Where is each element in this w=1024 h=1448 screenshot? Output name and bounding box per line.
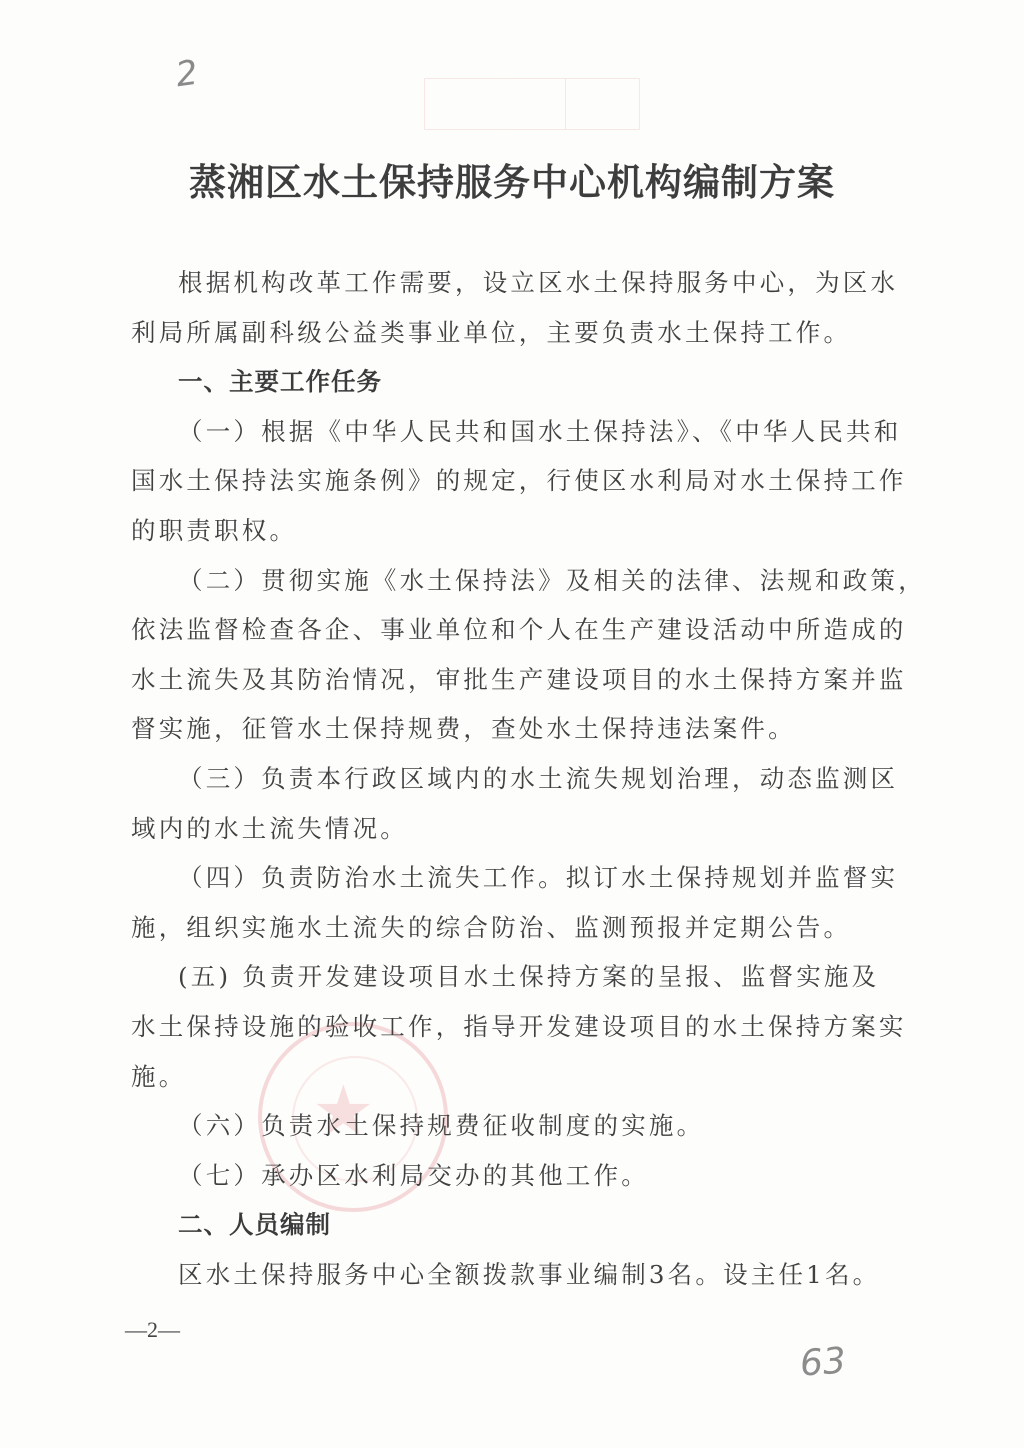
paragraph-line: 利局所属副科级公益类事业单位，主要负责水土保持工作。 — [131, 308, 893, 358]
paragraph-line: （三）负责本行政区域内的水土流失规划治理，动态监测区 — [131, 754, 893, 804]
paragraph-line: 水土保持设施的验收工作，指导开发建设项目的水土保持方案实 — [131, 1002, 893, 1052]
handwritten-archive-number: 63 — [799, 1340, 848, 1384]
page-number: —2— — [125, 1317, 180, 1343]
paragraph-line: 根据机构改革工作需要，设立区水土保持服务中心，为区水 — [131, 258, 893, 308]
paragraph-line: 施，组织实施水土流失的综合防治、监测预报并定期公告。 — [131, 903, 893, 953]
paragraph-line: (五) 负责开发建设项目水土保持方案的呈报、监督实施及 — [131, 952, 893, 1002]
section-heading: 一、主要工作任务 — [131, 357, 893, 407]
paragraph-line: 国水土保持法实施条例》的规定，行使区水利局对水土保持工作 — [131, 456, 893, 506]
paragraph-line: （七）承办区水利局交办的其他工作。 — [131, 1151, 893, 1201]
paragraph-line: 域内的水土流失情况。 — [131, 804, 893, 854]
faint-stamp-box — [424, 78, 640, 130]
paragraph-line: 施。 — [131, 1052, 893, 1102]
paragraph-line: （二）贯彻实施《水土保持法》及相关的法律、法规和政策， — [131, 556, 893, 606]
section-heading: 二、人员编制 — [131, 1200, 893, 1250]
paragraph-line: 依法监督检查各企、事业单位和个人在生产建设活动中所造成的 — [131, 605, 893, 655]
paragraph-line: 的职责职权。 — [131, 506, 893, 556]
document-title: 蒸湘区水土保持服务中心机构编制方案 — [0, 152, 1024, 206]
handwritten-page-mark: 2 — [173, 53, 200, 96]
paragraph-line: （一）根据《中华人民共和国水土保持法》、《中华人民共和 — [131, 407, 893, 457]
document-body: 根据机构改革工作需要，设立区水土保持服务中心，为区水利局所属副科级公益类事业单位… — [131, 258, 893, 1299]
paragraph-line: （六）负责水土保持规费征收制度的实施。 — [131, 1101, 893, 1151]
paragraph-line: （四）负责防治水土流失工作。拟订水土保持规划并监督实 — [131, 853, 893, 903]
paragraph-line: 督实施，征管水土保持规费，查处水土保持违法案件。 — [131, 704, 893, 754]
paragraph-line: 区水土保持服务中心全额拨款事业编制3名。设主任1名。 — [131, 1250, 893, 1300]
paragraph-line: 水土流失及其防治情况，审批生产建设项目的水土保持方案并监 — [131, 655, 893, 705]
document-page: 2 蒸湘区水土保持服务中心机构编制方案 ★ 根据机构改革工作需要，设立区水土保持… — [0, 0, 1024, 1448]
